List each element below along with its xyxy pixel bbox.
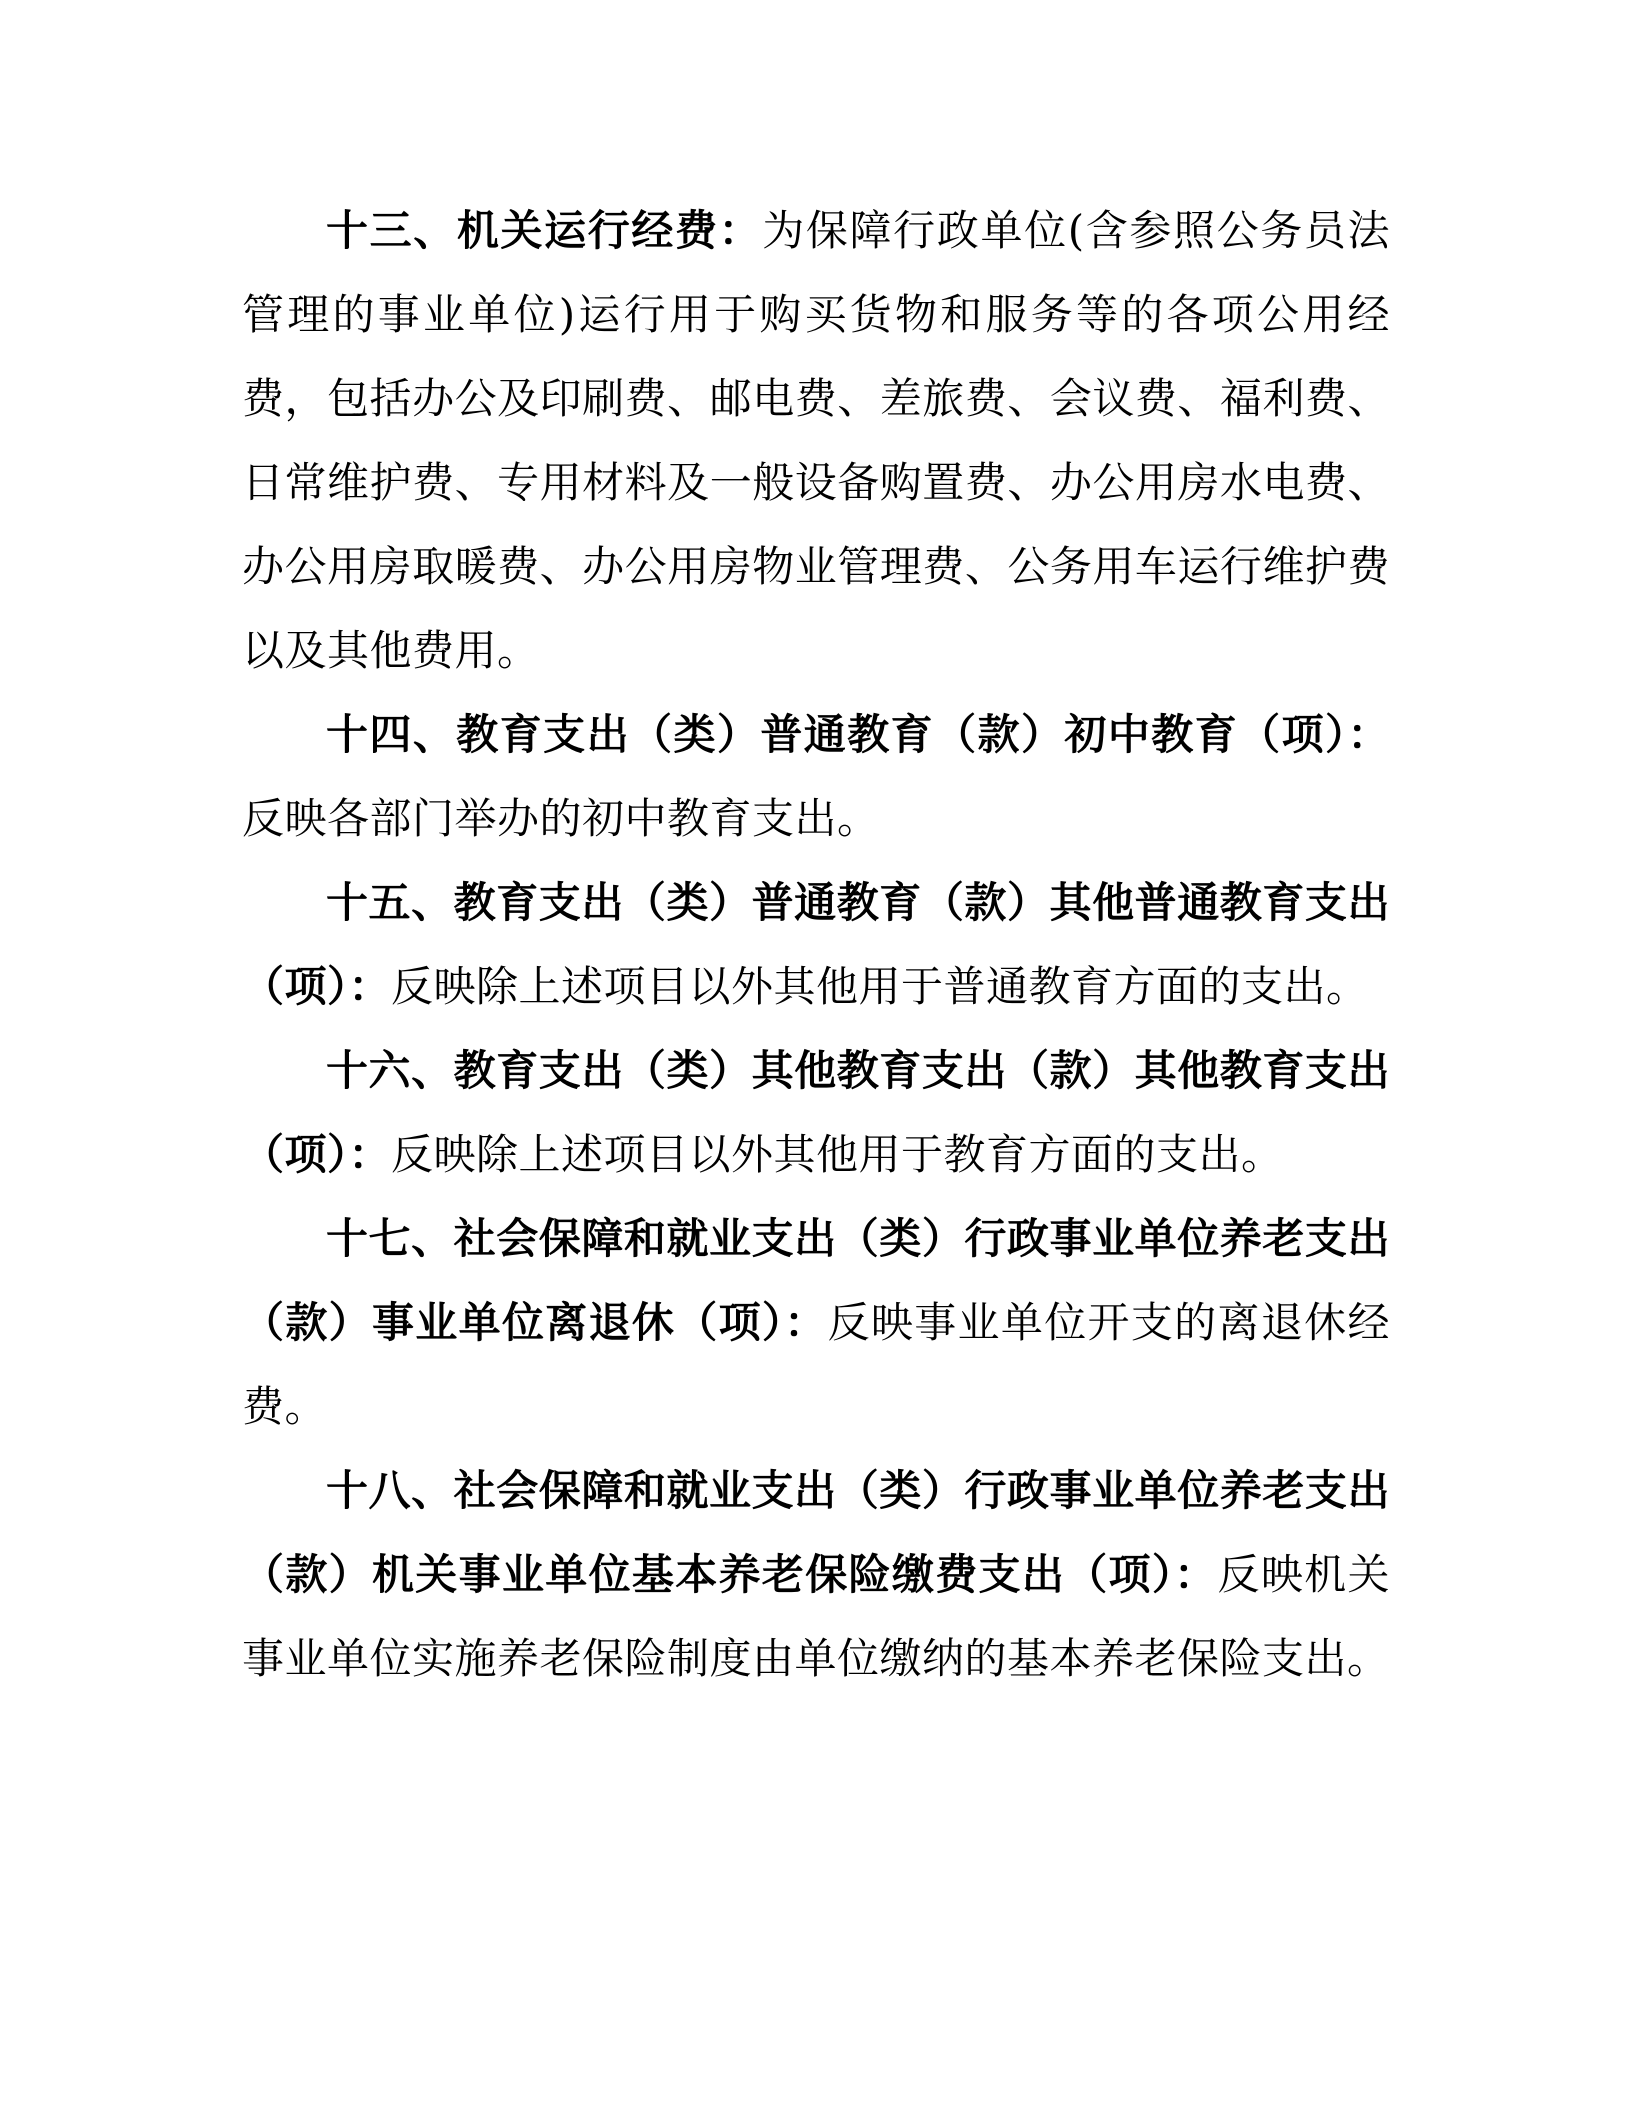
paragraph-segment: 十三、机关运行经费： bbox=[326, 206, 762, 255]
paragraph-item-15: 十五、教育支出（类）普通教育（款）其他普通教育支出（项）：反映除上述项目以外其他… bbox=[242, 861, 1390, 1029]
document-body: 十三、机关运行经费：为保障行政单位(含参照公务员法管理的事业单位)运行用于购买货… bbox=[242, 189, 1390, 1701]
paragraph-segment: 反映除上述项目以外其他用于普通教育方面的支出。 bbox=[391, 962, 1369, 1011]
paragraph-item-14: 十四、教育支出（类）普通教育（款）初中教育（项）：反映各部门举办的初中教育支出。 bbox=[242, 693, 1390, 861]
paragraph-item-13: 十三、机关运行经费：为保障行政单位(含参照公务员法管理的事业单位)运行用于购买货… bbox=[242, 189, 1390, 693]
paragraph-item-18: 十八、社会保障和就业支出（类）行政事业单位养老支出（款）机关事业单位基本养老保险… bbox=[242, 1449, 1390, 1701]
paragraph-segment: 反映各部门举办的初中教育支出。 bbox=[242, 794, 880, 843]
paragraph-segment: 反映除上述项目以外其他用于教育方面的支出。 bbox=[391, 1130, 1284, 1179]
paragraph-item-16: 十六、教育支出（类）其他教育支出（款）其他教育支出（项）：反映除上述项目以外其他… bbox=[242, 1029, 1390, 1197]
document-page: 十三、机关运行经费：为保障行政单位(含参照公务员法管理的事业单位)运行用于购买货… bbox=[0, 0, 1632, 2112]
paragraph-segment: 十四、教育支出（类）普通教育（款）初中教育（项）： bbox=[326, 710, 1390, 759]
paragraph-segment: 为保障行政单位(含参照公务员法管理的事业单位)运行用于购买货物和服务等的各项公用… bbox=[242, 206, 1390, 675]
paragraph-item-17: 十七、社会保障和就业支出（类）行政事业单位养老支出（款）事业单位离退休（项）：反… bbox=[242, 1197, 1390, 1449]
